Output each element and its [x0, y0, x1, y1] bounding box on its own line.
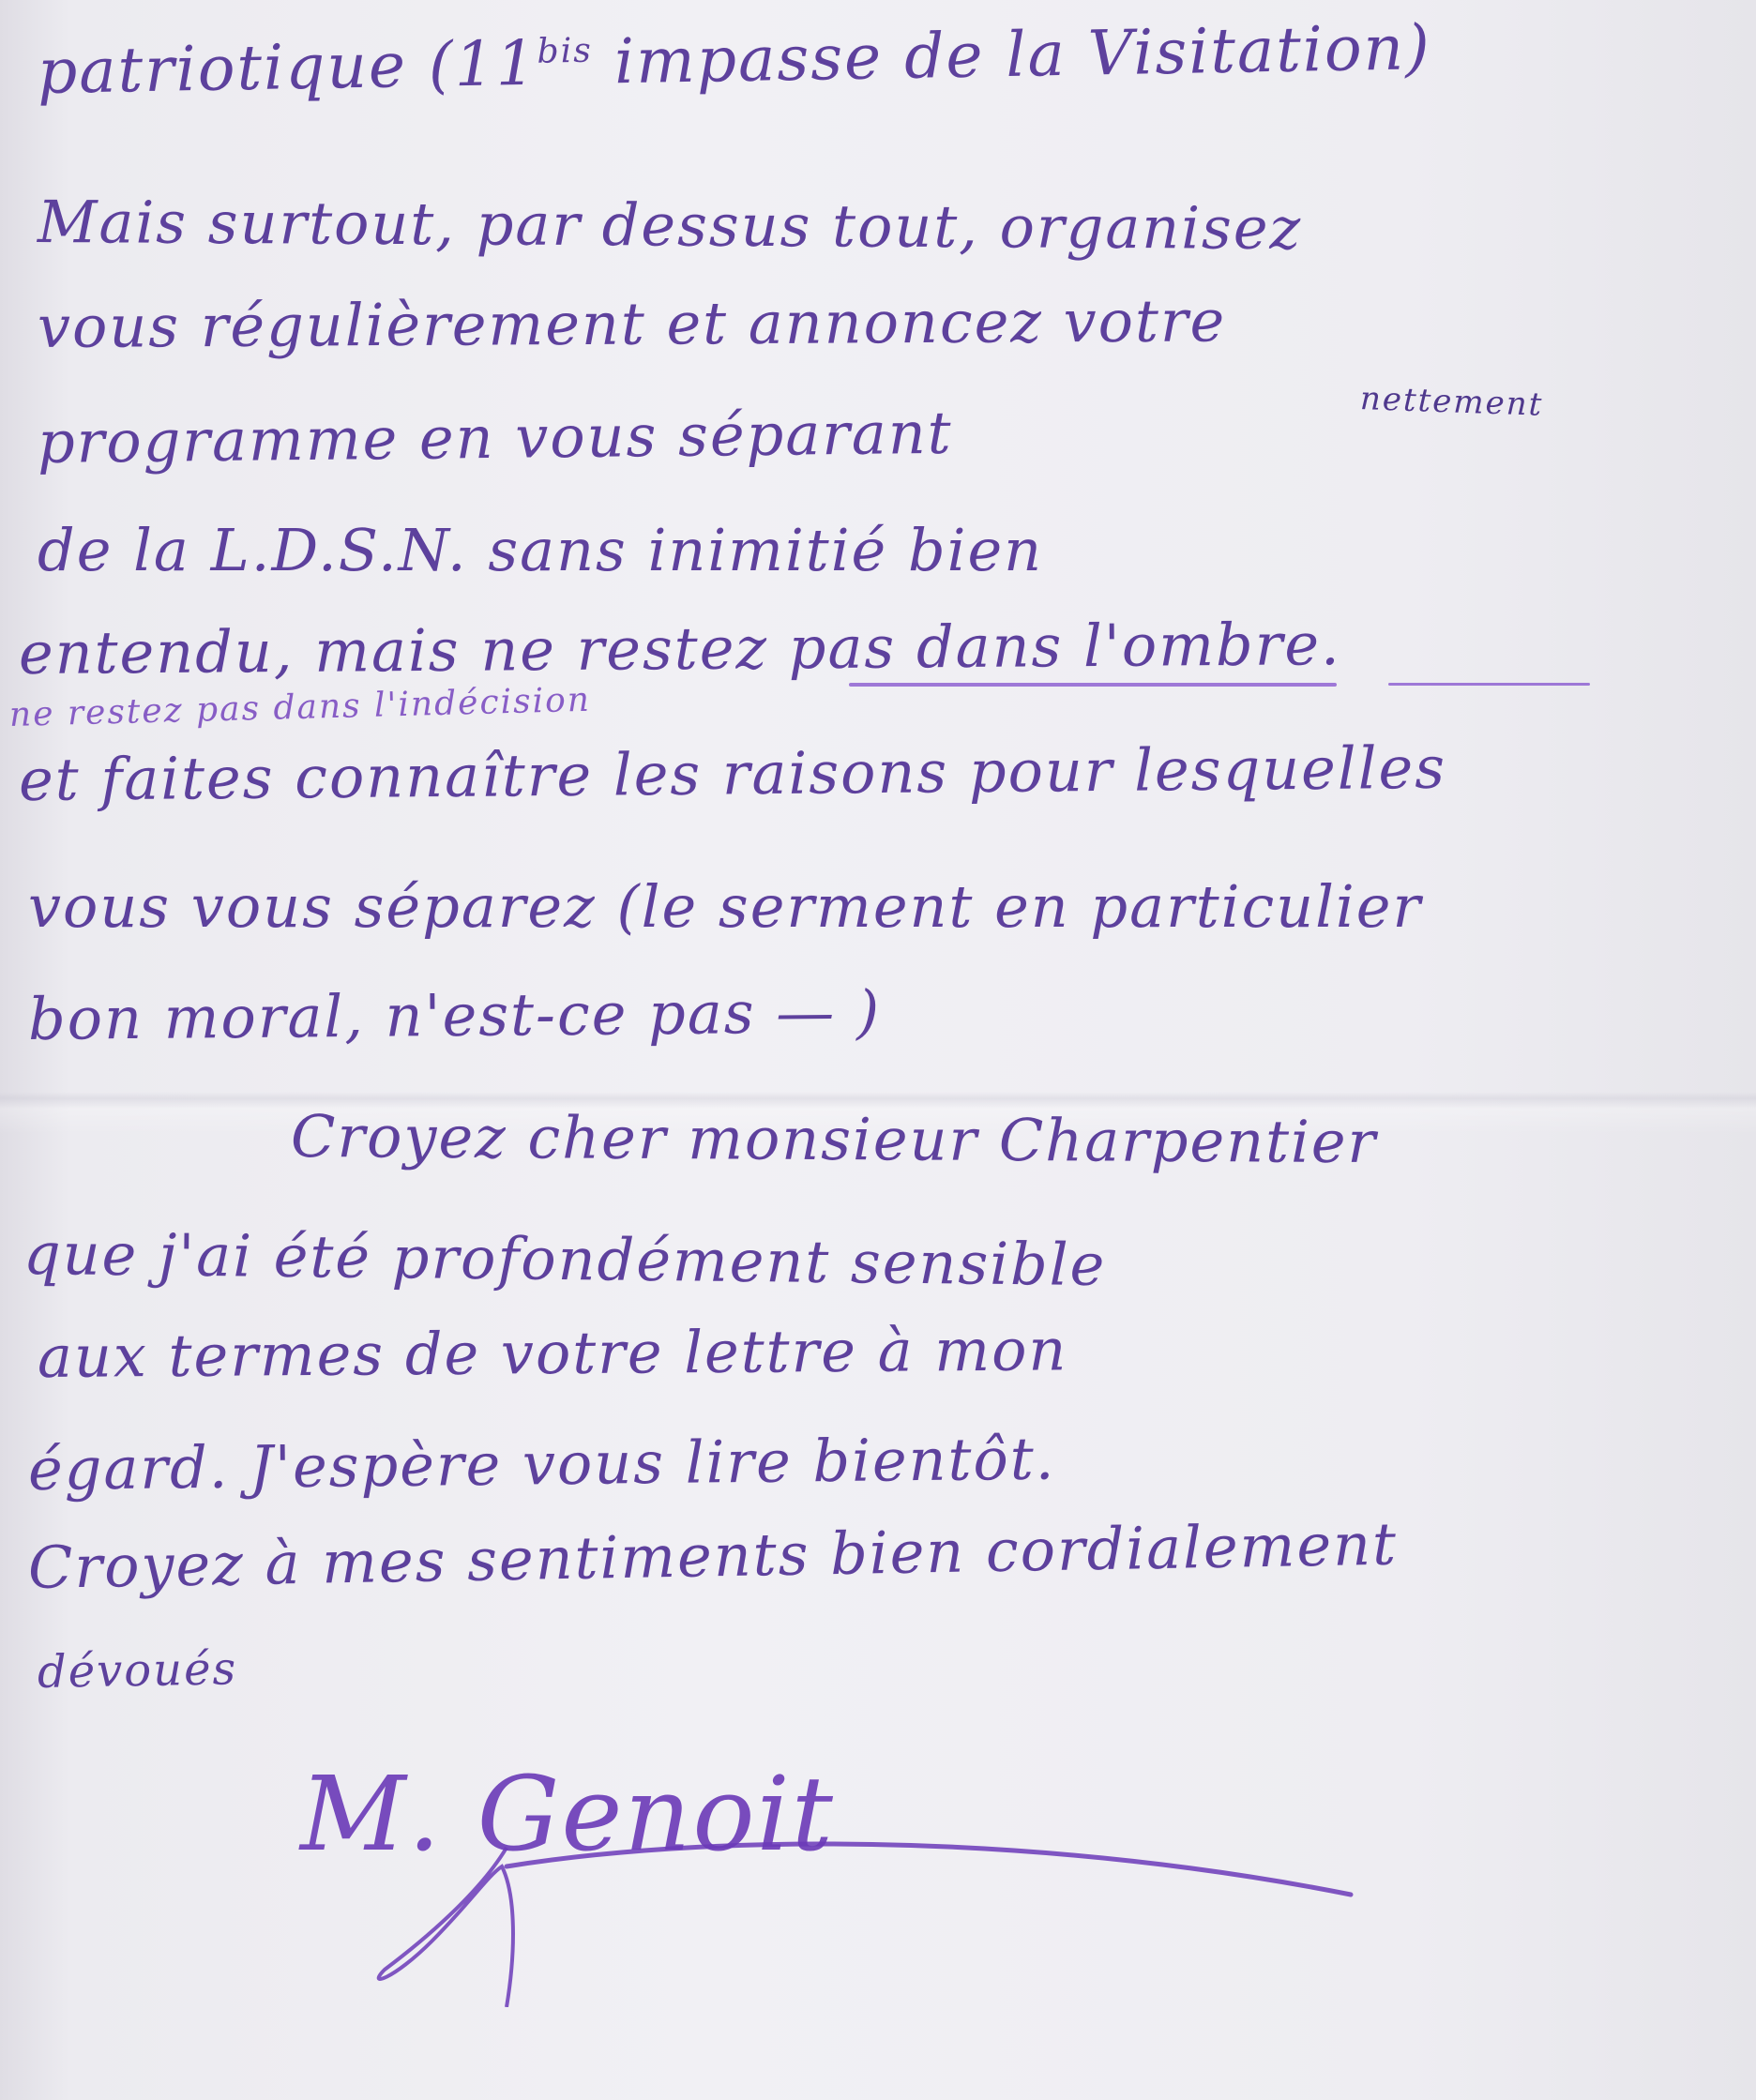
letter-line-5: de la L.D.S.N. sans inimitié bien — [38, 516, 1043, 584]
inserted-word: nettement — [1359, 380, 1544, 424]
letter-insert-nettement: nettement — [1359, 380, 1544, 424]
line-text: vous régulièrement et annoncez votre — [38, 286, 1227, 361]
letter-line-11: que j'ai été profondément sensible — [23, 1219, 1107, 1299]
letter-line-7: et faites connaître les raisons pour les… — [19, 733, 1447, 814]
letter-line-9: bon moral, n'est-ce pas — ) — [28, 977, 882, 1053]
line-text: patriotique (11 — [37, 27, 537, 108]
line-text: programme en vous séparant — [38, 399, 953, 476]
line-text: dévoués — [38, 1642, 238, 1699]
line-text: aux termes de votre lettre à mon — [38, 1315, 1068, 1391]
underline-mark-2 — [1388, 683, 1590, 686]
letter-line-8: vous vous séparez (le serment en particu… — [28, 872, 1422, 941]
letter-line-4: programme en vous séparant — [38, 399, 953, 476]
line-text: de la L.D.S.N. sans inimitié bien — [38, 516, 1043, 584]
letter-line-2: Mais surtout, par dessus tout, organisez — [38, 188, 1303, 263]
letter-line-13: égard. J'espère vous lire bientôt. — [28, 1425, 1056, 1503]
line-text: et faites connaître les raisons pour les… — [19, 733, 1447, 814]
line-text: Mais surtout, par dessus tout, organisez — [38, 188, 1303, 263]
superscript-bis: bis — [537, 30, 593, 71]
letter-line-15: dévoués — [38, 1642, 238, 1699]
letter-line-6: entendu, mais ne restez pas dans l'ombre… — [19, 610, 1341, 687]
line-text: Croyez cher monsieur Charpentier — [291, 1102, 1378, 1176]
underline-mark — [849, 683, 1337, 687]
letter-line-10: Croyez cher monsieur Charpentier — [291, 1102, 1378, 1176]
line-text: entendu, mais ne restez pas dans l'ombre… — [19, 610, 1341, 687]
line-text: égard. J'espère vous lire bientôt. — [28, 1425, 1056, 1503]
letter-line-3: vous régulièrement et annoncez votre — [38, 286, 1227, 361]
letter-line-12: aux termes de votre lettre à mon — [38, 1315, 1068, 1391]
line-text: que j'ai été profondément sensible — [23, 1219, 1107, 1299]
line-text: vous vous séparez (le serment en particu… — [28, 872, 1422, 941]
line-text-after: impasse de la Visitation) — [592, 11, 1431, 98]
signature-flourish-icon — [366, 1838, 1416, 2007]
line-text: bon moral, n'est-ce pas — ) — [28, 977, 882, 1053]
